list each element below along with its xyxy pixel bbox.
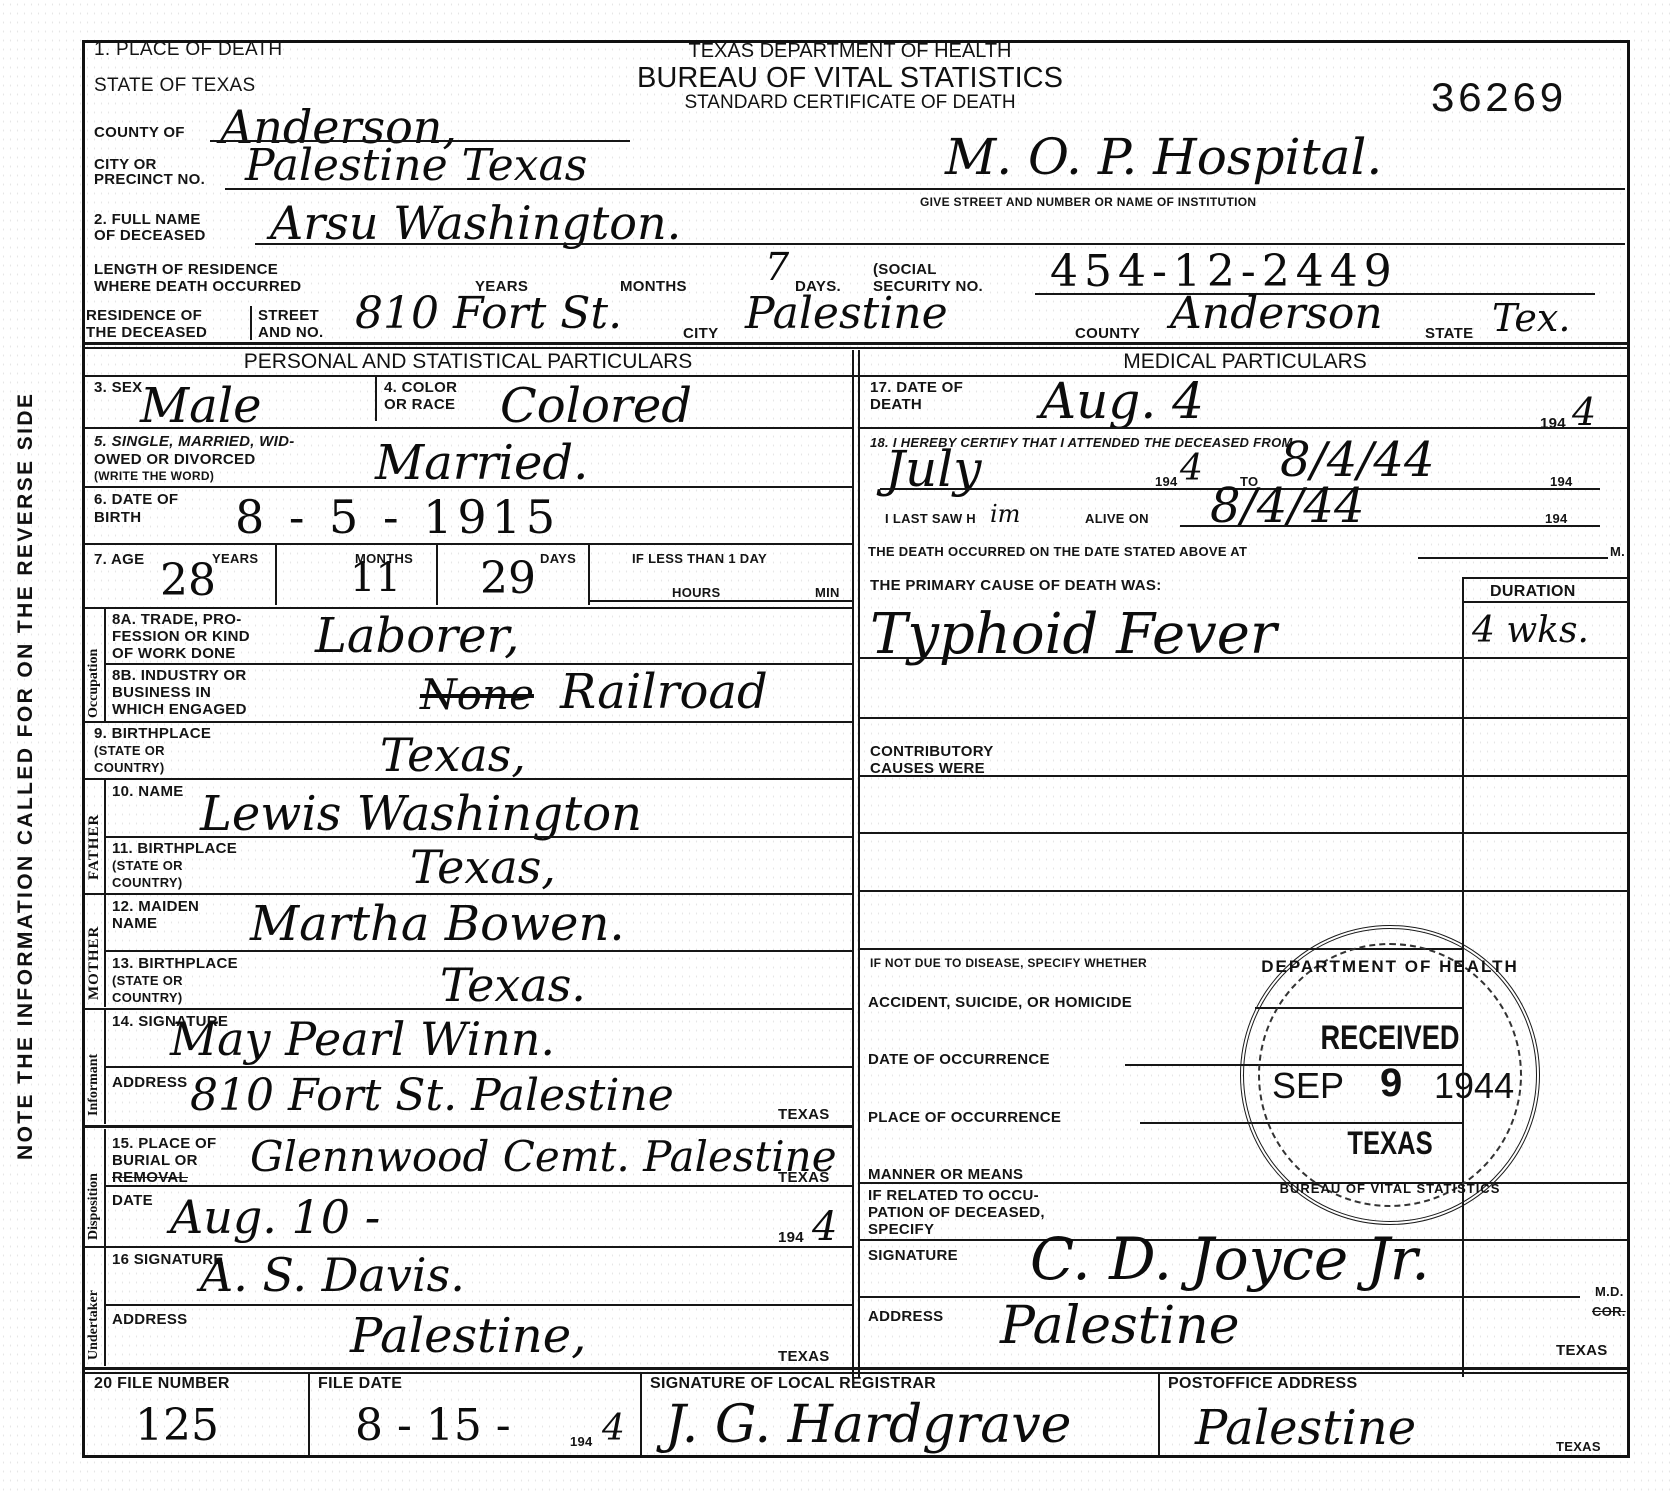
- burial-value: Glennwood Cemt. Palestine: [250, 1132, 837, 1181]
- dept-title: TEXAS DEPARTMENT OF HEALTH: [600, 40, 1100, 63]
- file-number-value: 125: [135, 1400, 219, 1451]
- length-label-2: WHERE DEATH OCCURRED: [94, 279, 301, 294]
- father-name-value: Lewis Washington: [200, 786, 642, 842]
- date-occurrence-label: DATE OF OCCURRENCE: [868, 1052, 1050, 1067]
- file-date-label: FILE DATE: [318, 1376, 402, 1391]
- physician-address-label: ADDRESS: [868, 1309, 943, 1324]
- city-label-1: CITY OR: [94, 157, 157, 172]
- city-value: Palestine Texas: [245, 140, 587, 191]
- alive-on-label: ALIVE ON: [1085, 512, 1149, 526]
- birthplace-label-2: (STATE OR: [94, 744, 165, 758]
- burial-year-prefix: 194: [778, 1230, 804, 1245]
- duration-label: DURATION: [1490, 584, 1576, 599]
- birthplace-label-1: 9. BIRTHPLACE: [94, 726, 211, 741]
- dod-label-1: 17. DATE OF: [870, 380, 963, 395]
- mother-bp-label-3: COUNTRY): [112, 991, 183, 1005]
- father-bp-label-3: COUNTRY): [112, 876, 183, 890]
- primary-cause-label: THE PRIMARY CAUSE OF DEATH WAS:: [870, 578, 1162, 593]
- father-bp-label-2: (STATE OR: [112, 859, 183, 873]
- mother-bp-label-1: 13. BIRTHPLACE: [112, 956, 238, 971]
- contrib-label-2: CAUSES WERE: [870, 761, 985, 776]
- burial-label-1: 15. PLACE OF: [112, 1136, 216, 1151]
- alive-year: 194: [1545, 512, 1568, 526]
- stamp-day: 9: [1380, 1061, 1402, 1106]
- medical-section-title: MEDICAL PARTICULARS: [862, 350, 1628, 374]
- res-label-2: THE DECEASED: [86, 325, 207, 340]
- bureau-title: BUREAU OF VITAL STATISTICS: [530, 62, 1170, 95]
- marital-label-3: (WRITE THE WORD): [94, 470, 214, 483]
- dob-label-1: 6. DATE OF: [94, 492, 178, 507]
- res-state-label: STATE: [1425, 326, 1473, 341]
- trade-value: Laborer,: [315, 608, 519, 664]
- registrar-label: SIGNATURE OF LOCAL REGISTRAR: [650, 1376, 936, 1391]
- hours-label: HOURS: [672, 586, 720, 600]
- birthplace-value: Texas,: [380, 728, 526, 782]
- stamp-top-arc: DEPARTMENT OF HEALTH: [1244, 957, 1536, 977]
- death-occurred-label: THE DEATH OCCURRED ON THE DATE STATED AB…: [868, 545, 1247, 559]
- undertaker-addr-value: Palestine,: [350, 1308, 586, 1364]
- deceased-name: Arsu Washington.: [270, 196, 681, 250]
- birthplace-label-3: COUNTRY): [94, 761, 165, 775]
- industry-struck-value: None: [420, 670, 534, 719]
- registrar-signature: J. G. Hardgrave: [665, 1395, 1071, 1455]
- age-months-value: 11: [350, 555, 401, 601]
- certificate-number: 36269: [1430, 76, 1566, 124]
- name-label-2: OF DECEASED: [94, 228, 206, 243]
- industry-label-1: 8B. INDUSTRY OR: [112, 668, 247, 683]
- undertaker-side-label: Undertaker: [86, 1290, 102, 1360]
- cor-label: COR.: [1592, 1305, 1626, 1319]
- informant-sig-value: May Pearl Winn.: [170, 1012, 555, 1066]
- name-label-1: 2. FULL NAME: [94, 212, 201, 227]
- mother-name-label-1: 12. MAIDEN: [112, 899, 199, 914]
- informant-texas-label: TEXAS: [778, 1107, 830, 1122]
- sex-value: Male: [140, 378, 262, 434]
- postoffice-label: POSTOFFICE ADDRESS: [1168, 1376, 1357, 1391]
- trade-label-1: 8A. TRADE, PRO-: [112, 612, 242, 627]
- undertaker-sig-value: A. S. Davis.: [200, 1248, 465, 1302]
- burial-year-suffix: 4: [812, 1204, 837, 1250]
- stamp-month: SEP: [1272, 1065, 1344, 1107]
- occu-label-2: PATION OF DECEASED,: [868, 1205, 1045, 1220]
- file-year-prefix: 194: [570, 1435, 593, 1449]
- place-occurrence-label: PLACE OF OCCURRENCE: [868, 1110, 1061, 1125]
- physician-signature-label: SIGNATURE: [868, 1248, 958, 1263]
- mother-name-label-2: NAME: [112, 916, 157, 931]
- manner-label: MANNER OR MEANS: [868, 1167, 1023, 1182]
- res-label-1: RESIDENCE OF: [86, 308, 202, 323]
- last-saw-label: I LAST SAW H: [885, 512, 976, 526]
- res-state-value: Tex.: [1492, 296, 1570, 340]
- age-label: 7. AGE: [94, 552, 144, 567]
- not-disease-label: IF NOT DUE TO DISEASE, SPECIFY WHETHER: [870, 957, 1147, 970]
- industry-label-2: BUSINESS IN: [112, 685, 211, 700]
- physician-address-value: Palestine: [1000, 1296, 1240, 1356]
- duration-value: 4 wks.: [1472, 610, 1589, 651]
- contrib-label-1: CONTRIBUTORY: [870, 744, 994, 759]
- mother-bp-label-2: (STATE OR: [112, 974, 183, 988]
- personal-section-title: PERSONAL AND STATISTICAL PARTICULARS: [84, 350, 852, 374]
- stamp-year: 1944: [1434, 1065, 1514, 1107]
- res-county-value: Anderson: [1170, 288, 1383, 339]
- md-label: M.D.: [1595, 1285, 1624, 1299]
- street-label-1: STREET: [258, 308, 319, 323]
- margin-note: NOTE THE INFORMATION CALLED FOR ON THE R…: [14, 392, 38, 1160]
- color-label-1: 4. COLOR: [384, 380, 457, 395]
- trade-label-3: OF WORK DONE: [112, 646, 236, 661]
- dob-label-2: BIRTH: [94, 510, 141, 525]
- informant-addr-value: 810 Fort St. Palestine: [190, 1070, 674, 1121]
- marital-label-1: 5. SINGLE, MARRIED, WID-: [94, 434, 295, 449]
- physician-signature-value: C. D. Joyce Jr.: [1030, 1225, 1430, 1293]
- certificate-title: STANDARD CERTIFICATE OF DEATH: [580, 92, 1120, 114]
- place-of-death-label: 1. PLACE OF DEATH: [94, 42, 282, 57]
- dod-label-2: DEATH: [870, 397, 922, 412]
- accident-label: ACCIDENT, SUICIDE, OR HOMICIDE: [868, 995, 1132, 1010]
- res-city-label: CITY: [683, 326, 718, 341]
- mother-name-value: Martha Bowen.: [250, 896, 625, 952]
- length-label-1: LENGTH OF RESIDENCE: [94, 262, 278, 277]
- disposition-side-label: Disposition: [86, 1173, 102, 1240]
- dod-value: Aug. 4: [1040, 372, 1204, 430]
- father-bp-label-1: 11. BIRTHPLACE: [112, 841, 237, 856]
- city-label-2: PRECINCT NO.: [94, 172, 205, 187]
- father-bp-value: Texas,: [410, 840, 556, 894]
- burial-texas-label: TEXAS: [778, 1170, 830, 1185]
- res-county-label: COUNTY: [1075, 326, 1140, 341]
- institution-value: M. O. P. Hospital.: [945, 128, 1382, 186]
- file-year-suffix: 4: [602, 1408, 625, 1449]
- industry-label-3: WHICH ENGAGED: [112, 702, 247, 717]
- file-date-value: 8 - 15 -: [355, 1400, 511, 1451]
- min-label: MIN: [815, 586, 840, 600]
- marital-value: Married.: [375, 435, 588, 491]
- color-value: Colored: [500, 378, 692, 434]
- mother-side-label: MOTHER: [86, 926, 103, 1000]
- stamp-state: TEXAS: [1273, 1125, 1507, 1162]
- state-label: STATE OF TEXAS: [94, 78, 256, 93]
- res-city-value: Palestine: [745, 288, 948, 339]
- age-days-label: DAYS: [540, 552, 576, 566]
- informant-addr-label: ADDRESS: [112, 1075, 187, 1090]
- age-years-value: 28: [160, 555, 216, 606]
- months-value: 7: [765, 245, 789, 289]
- burial-label-3: REMOVAL: [112, 1170, 188, 1185]
- mother-bp-value: Texas.: [440, 958, 586, 1012]
- industry-value: Railroad: [560, 664, 768, 720]
- street-value: 810 Fort St.: [355, 288, 622, 339]
- last-saw-handwritten: im: [990, 500, 1020, 528]
- color-label-2: OR RACE: [384, 397, 455, 412]
- m-label: M.: [1610, 545, 1625, 559]
- burial-date-label: DATE: [112, 1193, 153, 1208]
- marital-label-2: OWED OR DIVORCED: [94, 452, 255, 467]
- undertaker-addr-label: ADDRESS: [112, 1312, 187, 1327]
- less-than-day-label: IF LESS THAN 1 DAY: [632, 552, 767, 566]
- informant-side-label: Informant: [86, 1054, 102, 1116]
- stamp-received: RECEIVED: [1273, 1019, 1507, 1058]
- father-name-label: 10. NAME: [112, 784, 184, 799]
- institution-hint: GIVE STREET AND NUMBER OR NAME OF INSTIT…: [920, 196, 1256, 209]
- burial-date-value: Aug. 10 -: [170, 1190, 380, 1244]
- from-year-prefix: 194: [1155, 475, 1178, 489]
- to-year: 194: [1550, 475, 1573, 489]
- months-label: MONTHS: [620, 279, 687, 294]
- occu-label-3: SPECIFY: [868, 1222, 934, 1237]
- postoffice-value: Palestine: [1195, 1400, 1416, 1456]
- file-number-label: 20 FILE NUMBER: [94, 1376, 230, 1391]
- age-years-label: YEARS: [212, 552, 258, 566]
- ss-label-1: (SOCIAL: [873, 262, 937, 277]
- street-label-2: AND NO.: [258, 325, 323, 340]
- county-label: COUNTY OF: [94, 125, 185, 140]
- footer-texas-label: TEXAS: [1556, 1440, 1601, 1454]
- undertaker-texas-label: TEXAS: [778, 1349, 830, 1364]
- dob-value: 8 - 5 - 1915: [235, 490, 560, 544]
- sex-label: 3. SEX: [94, 380, 143, 395]
- burial-label-2: BURIAL OR: [112, 1153, 198, 1168]
- occu-label-1: IF RELATED TO OCCU-: [868, 1188, 1039, 1203]
- from-year-suffix: 4: [1180, 448, 1203, 489]
- father-side-label: FATHER: [86, 814, 103, 880]
- occupation-side-label: Occupation: [86, 649, 102, 718]
- physician-texas-label: TEXAS: [1556, 1343, 1608, 1358]
- age-days-value: 29: [480, 553, 536, 604]
- received-stamp: DEPARTMENT OF HEALTH RECEIVED SEP 9 1944…: [1240, 925, 1540, 1225]
- stamp-bottom-arc: BUREAU OF VITAL STATISTICS: [1244, 1181, 1536, 1196]
- trade-label-2: FESSION OR KIND: [112, 629, 250, 644]
